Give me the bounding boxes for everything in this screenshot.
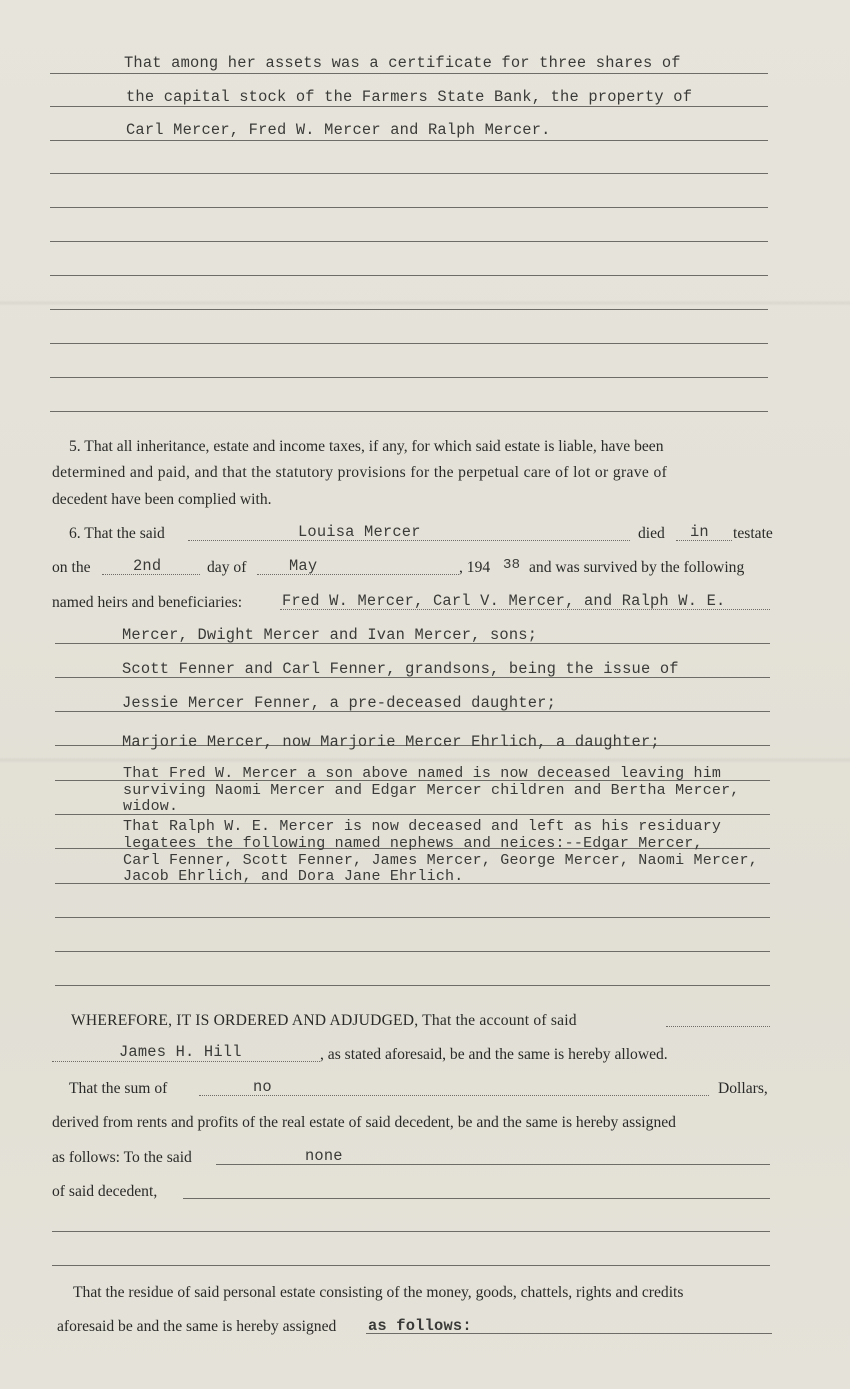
blank-form-line — [50, 343, 768, 344]
form-line — [50, 106, 768, 107]
form-line — [55, 814, 770, 815]
heirs-line-5: Marjorie Mercer, now Marjorie Mercer Ehr… — [122, 733, 660, 751]
sum-label: That the sum of — [69, 1080, 167, 1098]
ralph-note-line-2: legatees the following named nephews and… — [123, 836, 703, 852]
day-value: 2nd — [133, 557, 161, 575]
rents-line: derived from rents and profits of the re… — [52, 1114, 676, 1132]
blank-form-line — [55, 951, 770, 952]
document-page: That among her assets was a certificate … — [0, 0, 850, 1389]
month-field-line — [257, 574, 459, 575]
blank-form-line — [52, 1265, 770, 1266]
on-the-label: on the — [52, 559, 91, 577]
testate-label: testate — [733, 525, 773, 543]
typed-intro-line-2: the capital stock of the Farmers State B… — [126, 88, 692, 106]
form-line — [50, 140, 768, 141]
of-decedent-field-line — [183, 1198, 770, 1199]
year-printed-prefix: , 194 — [459, 559, 490, 577]
survived-label: and was survived by the following — [529, 559, 744, 577]
ralph-note-line-3: Carl Fenner, Scott Fenner, James Mercer,… — [123, 853, 758, 869]
fred-note-line-3: widow. — [123, 799, 178, 815]
account-holder-field-line — [52, 1061, 320, 1062]
account-holder-value: James H. Hill — [119, 1043, 242, 1061]
paragraph-5-line-1: 5. That all inheritance, estate and inco… — [69, 438, 664, 456]
typed-intro-line-3: Carl Mercer, Fred W. Mercer and Ralph Me… — [126, 121, 551, 139]
residue-line-1: That the residue of said personal estate… — [73, 1284, 683, 1302]
blank-form-line — [50, 173, 768, 174]
blank-form-line — [55, 917, 770, 918]
residue-line-2-label: aforesaid be and the same is hereby assi… — [57, 1318, 336, 1336]
day-of-label: day of — [207, 559, 246, 577]
fred-note-line-1: That Fred W. Mercer a son above named is… — [123, 766, 721, 782]
fred-note-line-2: surviving Naomi Mercer and Edgar Mercer … — [123, 783, 740, 799]
to-said-label: as follows: To the said — [52, 1149, 192, 1167]
wherefore-line-1: WHEREFORE, IT IS ORDERED AND ADJUDGED, T… — [71, 1012, 577, 1030]
blank-form-line — [50, 309, 768, 310]
typed-intro-line-1: That among her assets was a certificate … — [124, 54, 681, 72]
blank-form-line — [55, 985, 770, 986]
blank-form-line — [50, 411, 768, 412]
account-holder-field-line-top — [666, 1026, 770, 1027]
sum-value: no — [253, 1078, 272, 1096]
intestate-prefix-value: in — [690, 523, 709, 541]
form-line — [55, 883, 770, 884]
paper-fold — [0, 757, 850, 763]
residue-value: as follows: — [368, 1317, 472, 1335]
heirs-label: named heirs and beneficiaries: — [52, 594, 242, 612]
heirs-line-1: Fred W. Mercer, Carl V. Mercer, and Ralp… — [282, 592, 726, 610]
paper-fold — [0, 300, 850, 306]
paragraph-6-label: 6. That the said — [69, 525, 165, 543]
blank-form-line — [52, 1231, 770, 1232]
to-said-field-line — [216, 1164, 770, 1165]
died-label: died — [638, 525, 665, 543]
blank-form-line — [50, 377, 768, 378]
blank-form-line — [50, 241, 768, 242]
heirs-line-4: Jessie Mercer Fenner, a pre-deceased dau… — [122, 694, 556, 712]
blank-form-line — [50, 275, 768, 276]
sum-field-line — [199, 1095, 709, 1096]
ralph-note-line-1: That Ralph W. E. Mercer is now deceased … — [123, 819, 721, 835]
of-decedent-label: of said decedent, — [52, 1183, 157, 1201]
paragraph-5-line-3: decedent have been complied with. — [52, 491, 272, 509]
year-typed-value: 38 — [503, 557, 520, 573]
paragraph-5-line-2: determined and paid, and that the statut… — [52, 464, 667, 482]
heirs-line-2: Mercer, Dwight Mercer and Ivan Mercer, s… — [122, 626, 537, 644]
month-value: May — [289, 557, 317, 575]
to-said-value: none — [305, 1147, 343, 1165]
form-line — [50, 73, 768, 74]
blank-form-line — [50, 207, 768, 208]
dollars-label: Dollars, — [718, 1080, 768, 1098]
heirs-line-3: Scott Fenner and Carl Fenner, grandsons,… — [122, 660, 679, 678]
decedent-name-value: Louisa Mercer — [298, 523, 421, 541]
allowed-line: , as stated aforesaid, be and the same i… — [320, 1046, 668, 1064]
